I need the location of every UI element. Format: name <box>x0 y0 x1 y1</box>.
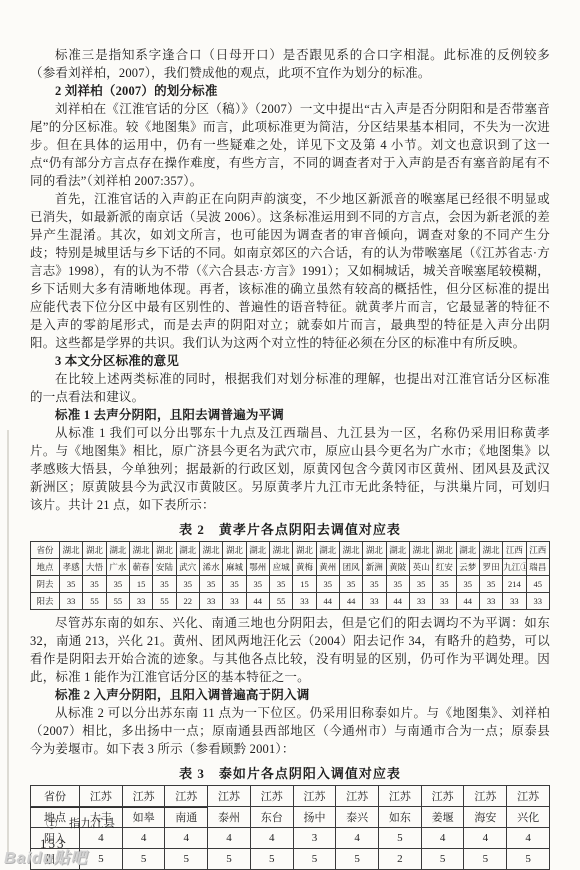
table-cell: 35 <box>199 576 222 593</box>
table-cell: 2 <box>379 849 422 870</box>
table-row: 阴去35353515353535353535153535353535353535… <box>31 576 550 593</box>
table-cell: 4 <box>421 828 464 849</box>
table2-huangxiao-tone-values: 省份湖北湖北湖北湖北湖北湖北湖北湖北湖北湖北湖北湖北湖北湖北湖北湖北湖北湖北湖北… <box>30 541 550 610</box>
table-cell: 4 <box>208 828 251 849</box>
table-cell: 35 <box>246 576 269 593</box>
table-cell: 如东 <box>379 807 422 828</box>
table-cell: 5 <box>507 849 550 870</box>
table-cell: 泰州 <box>208 807 251 828</box>
table-cell: 湖北 <box>479 542 502 559</box>
table-row: 省份江苏江苏江苏江苏江苏江苏江苏江苏江苏江苏江苏 <box>31 786 550 807</box>
table-cell: 33 <box>129 593 152 610</box>
text-section-between-tables: 尽管苏东南的如东、兴化、南通三地也分阴阳去，但是它们的阳去调均不为平调：如东 3… <box>30 614 550 758</box>
table-cell: 团风 <box>339 559 362 576</box>
table-cell: 英山 <box>409 559 432 576</box>
section-heading: 标准 1 去声分阴阳，且阳去调普遍为平调 <box>30 406 550 424</box>
table-cell: 安陆 <box>153 559 176 576</box>
table-cell: 广水 <box>106 559 129 576</box>
table-cell: 44 <box>456 593 479 610</box>
table3-title: 表 3 泰如片各点阴阳入调值对应表 <box>30 763 550 782</box>
table-cell: 海安 <box>464 807 507 828</box>
table-cell: 新洲 <box>363 559 386 576</box>
table-cell: 湖北 <box>433 542 456 559</box>
table-cell: 江苏 <box>507 786 550 807</box>
table-cell: 江西 <box>526 542 549 559</box>
table-cell: 35 <box>363 576 386 593</box>
table-cell: 5 <box>421 849 464 870</box>
table-cell: 湖北 <box>129 542 152 559</box>
table-cell: 33 <box>433 593 456 610</box>
table-cell: 东台 <box>250 807 293 828</box>
table-cell: 孝感 <box>60 559 83 576</box>
row-header: 地点 <box>31 559 60 576</box>
table-cell: 如皋 <box>122 807 165 828</box>
table-cell: 35 <box>176 576 199 593</box>
table-cell: 22 <box>176 593 199 610</box>
table-cell: 15 <box>129 576 152 593</box>
table-cell: 湖北 <box>363 542 386 559</box>
paragraph: 刘祥柏在《江淮官话的分区（稿）》（2007）一文中提出“古入声是否分阴阳和是否带… <box>30 100 550 190</box>
table-cell: 湖北 <box>106 542 129 559</box>
table-cell: 扬中 <box>293 807 336 828</box>
table-cell: 红安 <box>433 559 456 576</box>
table-cell: 35 <box>433 576 456 593</box>
table-cell: 九江① <box>503 559 526 576</box>
table-cell: 35 <box>269 576 292 593</box>
table-cell: 4 <box>250 828 293 849</box>
table-cell: 麻城 <box>223 559 246 576</box>
table-cell: 湖北 <box>456 542 479 559</box>
table-cell: 35 <box>60 576 83 593</box>
table-cell: 33 <box>526 593 549 610</box>
table-cell: 湖北 <box>386 542 409 559</box>
table-cell: 5 <box>250 849 293 870</box>
table-cell: 35 <box>223 576 246 593</box>
table-cell: 江苏 <box>208 786 251 807</box>
table-cell: 3 <box>293 828 336 849</box>
table-cell: 55 <box>269 593 292 610</box>
table-cell: 5 <box>379 828 422 849</box>
footnote-separator <box>30 807 208 808</box>
table-cell: 44 <box>316 593 339 610</box>
table-cell: 4 <box>122 828 165 849</box>
table-cell: 55 <box>106 593 129 610</box>
table-cell: 33 <box>503 593 526 610</box>
table-cell: 湖北 <box>153 542 176 559</box>
table-cell: 35 <box>339 576 362 593</box>
table-cell: 33 <box>409 593 432 610</box>
row-header: 省份 <box>31 542 60 559</box>
table-cell: 湖北 <box>246 542 269 559</box>
table-cell: 35 <box>83 576 106 593</box>
table-cell: 黄陂 <box>386 559 409 576</box>
table-cell: 45 <box>526 576 549 593</box>
table-cell: 湖北 <box>409 542 432 559</box>
table-cell: 4 <box>165 828 208 849</box>
table-cell: 5 <box>165 849 208 870</box>
table-cell: 江苏 <box>336 786 379 807</box>
table-cell: 江苏 <box>122 786 165 807</box>
table-cell: 33 <box>293 593 316 610</box>
table-cell: 4 <box>464 828 507 849</box>
table-cell: 4 <box>507 828 550 849</box>
table-row: 阳入55555552555 <box>31 849 550 870</box>
table-cell: 35 <box>106 576 129 593</box>
table-cell: 湖北 <box>293 542 316 559</box>
table-cell: 姜堰 <box>421 807 464 828</box>
table-cell: 55 <box>153 593 176 610</box>
paragraph: 从标准 1 我们可以分出鄂东十九点及江西瑞昌、九江县为一区，名称仍采用旧称黄孝片… <box>30 424 550 514</box>
table-cell: 江西 <box>503 542 526 559</box>
table-cell: 5 <box>336 849 379 870</box>
table-cell: 湖北 <box>199 542 222 559</box>
table-cell: 4 <box>336 828 379 849</box>
table-cell: 武穴 <box>176 559 199 576</box>
table-cell: 湖北 <box>316 542 339 559</box>
section-heading: 3 本文分区标准的意见 <box>30 352 550 370</box>
row-header: 阳去 <box>31 593 60 610</box>
table-cell: 江苏 <box>464 786 507 807</box>
table-cell: 江苏 <box>293 786 336 807</box>
table-cell: 5 <box>464 849 507 870</box>
section-heading: 标准 2 入声分阴阳，且阳入调普遍高于阴入调 <box>30 686 550 704</box>
footnote: ① 指九江县 <box>46 815 115 831</box>
table-cell: 江苏 <box>421 786 464 807</box>
table-cell: 214 <box>503 576 526 593</box>
table-cell: 江苏 <box>250 786 293 807</box>
table-cell: 瑞昌 <box>526 559 549 576</box>
section-heading: 2 刘祥柏（2007）的划分标准 <box>30 82 550 100</box>
table-cell: 33 <box>363 593 386 610</box>
table-cell: 鄂州 <box>246 559 269 576</box>
table-cell: 湖北 <box>269 542 292 559</box>
paragraph: 尽管苏东南的如东、兴化、南通三地也分阴阳去，但是它们的阳去调均不为平调：如东 3… <box>30 614 550 686</box>
table-cell: 黄梅 <box>293 559 316 576</box>
table-cell: 35 <box>316 576 339 593</box>
table-cell: 湖北 <box>176 542 199 559</box>
row-header: 省份 <box>31 786 80 807</box>
table-cell: 5 <box>122 849 165 870</box>
table-row: 省份湖北湖北湖北湖北湖北湖北湖北湖北湖北湖北湖北湖北湖北湖北湖北湖北湖北湖北湖北… <box>31 542 550 559</box>
table-cell: 大悟 <box>83 559 106 576</box>
table-cell: 44 <box>246 593 269 610</box>
table-cell: 罗田 <box>479 559 502 576</box>
table-cell: 江苏 <box>165 786 208 807</box>
table-cell: 浠水 <box>199 559 222 576</box>
table-row: 阳去33555533552233334455334444334433334433… <box>31 593 550 610</box>
table-cell: 应城 <box>269 559 292 576</box>
paragraph: 标准三是指知系字逢合口（日母开口）是否跟见系的合口字相混。此标准的反例较多（参看… <box>30 46 550 82</box>
table-cell: 55 <box>83 593 106 610</box>
baidu-tieba-watermark: Baidu贴吧 <box>4 845 87 868</box>
table-cell: 35 <box>153 576 176 593</box>
table-cell: 35 <box>386 576 409 593</box>
table-cell: 黄州 <box>316 559 339 576</box>
row-header: 阴去 <box>31 576 60 593</box>
table-cell: 南通 <box>165 807 208 828</box>
table-cell: 35 <box>479 576 502 593</box>
table-cell: 33 <box>60 593 83 610</box>
table-cell: 兴化 <box>507 807 550 828</box>
page-content: 标准三是指知系字逢合口（日母开口）是否跟见系的合口字相混。此标准的反例较多（参看… <box>30 46 550 870</box>
table-cell: 33 <box>223 593 246 610</box>
table-cell: 湖北 <box>339 542 362 559</box>
table-cell: 35 <box>409 576 432 593</box>
table-cell: 33 <box>199 593 222 610</box>
paragraph: 从标准 2 可以分出苏东南 11 点为一下位区。仍采用旧称泰如片。与《地图集》、… <box>30 704 550 758</box>
table-cell: 江苏 <box>80 786 123 807</box>
scanned-paper-page: 标准三是指知系字逢合口（日母开口）是否跟见系的合口字相混。此标准的反例较多（参看… <box>0 0 580 870</box>
table2-title: 表 2 黄孝片各点阴阳去调值对应表 <box>30 519 550 538</box>
scan-edge-artifact <box>7 430 9 860</box>
table-cell: 湖北 <box>83 542 106 559</box>
table-cell: 5 <box>208 849 251 870</box>
table-cell: 湖北 <box>60 542 83 559</box>
table-cell: 15 <box>293 576 316 593</box>
table-cell: 44 <box>339 593 362 610</box>
table-cell: 江苏 <box>379 786 422 807</box>
table-row: 地点孝感大悟广水蕲春安陆武穴浠水麻城鄂州应城黄梅黄州团风新洲黄陂英山红安云梦罗田… <box>31 559 550 576</box>
paragraph: 在比较上述两类标准的同时，根据我们对划分标准的理解，也提出对江淮官话分区标准的一… <box>30 370 550 406</box>
table-cell: 云梦 <box>456 559 479 576</box>
paragraph: 首先，江淮官话的入声韵正在向阴声韵演变，不少地区新派音的喉塞尾已经很不明显或已消… <box>30 190 550 352</box>
table-cell: 33 <box>479 593 502 610</box>
table-cell: 泰兴 <box>336 807 379 828</box>
table-cell: 35 <box>456 576 479 593</box>
table-cell: 44 <box>386 593 409 610</box>
text-section-before-table2: 标准三是指知系字逢合口（日母开口）是否跟见系的合口字相混。此标准的反例较多（参看… <box>30 46 550 514</box>
table-cell: 5 <box>293 849 336 870</box>
table-cell: 湖北 <box>223 542 246 559</box>
table-cell: 蕲春 <box>129 559 152 576</box>
